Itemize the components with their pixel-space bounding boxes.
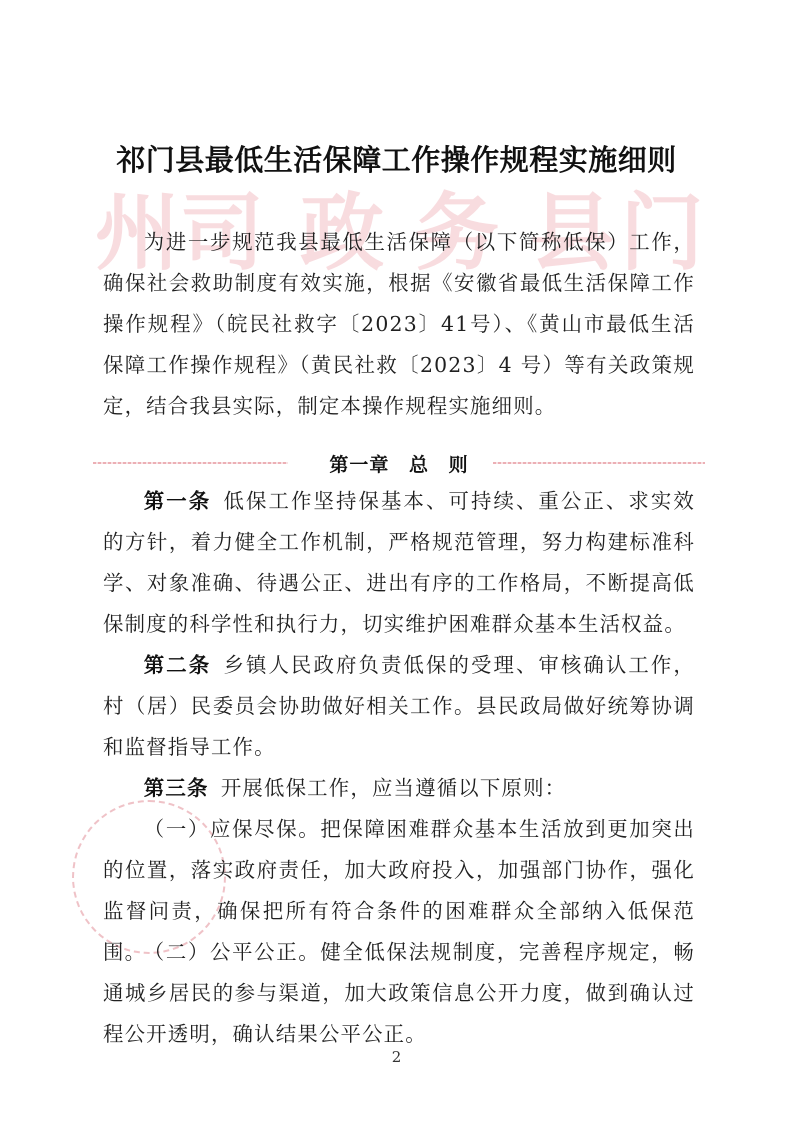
preamble-paragraph: 为进一步规范我县最低生活保障（以下简称低保）工作，确保社会救助制度有效实施，根据… (103, 222, 695, 427)
document-title: 祁门县最低生活保障工作操作规程实施细则 (0, 140, 793, 180)
chapter-title: 第一章 总 则 (93, 452, 705, 478)
article-label: 第一条 (144, 489, 211, 513)
page-number: 2 (0, 1048, 793, 1066)
principle-2: （二）公平公正。健全低保法规制度，完善程序规定，畅通城乡居民的参与渠道，加大政策… (103, 932, 695, 1055)
document-page: 州 司 政 务 县 门 祁门县最低生活保障工作操作规程实施细则 为进一步规范我县… (0, 0, 793, 1122)
article-2: 第二条乡镇人民政府负责低保的受理、审核确认工作，村（居）民委员会协助做好相关工作… (103, 645, 695, 768)
seal-rule-right (493, 462, 705, 464)
article-label: 第三条 (144, 776, 209, 800)
article-3: 第三条开展低保工作，应当遵循以下原则： (103, 768, 695, 809)
article-1: 第一条低保工作坚持保基本、可持续、重公正、求实效的方针，着力健全工作机制，严格规… (103, 481, 695, 645)
article-text: 开展低保工作，应当遵循以下原则： (221, 776, 566, 800)
article-label: 第二条 (144, 653, 211, 677)
chapter-heading: 第一章 总 则 (93, 452, 705, 478)
